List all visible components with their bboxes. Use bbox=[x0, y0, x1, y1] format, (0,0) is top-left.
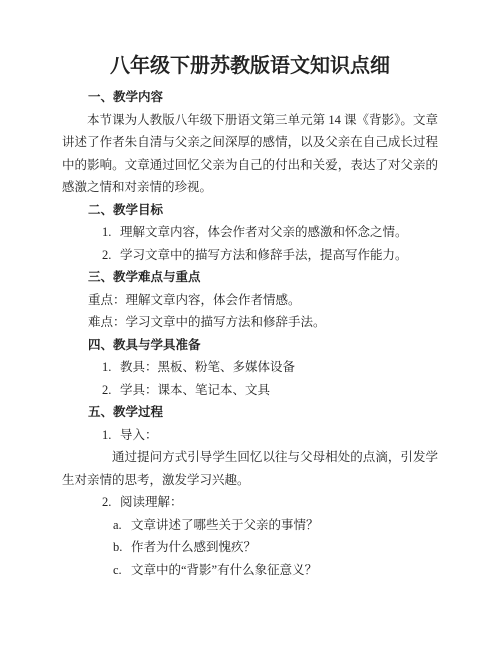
item-text: 学具：课本、笔记本、文具 bbox=[120, 383, 270, 397]
numbered-item: 2.阅读理解： bbox=[102, 491, 438, 514]
item-text: 导入： bbox=[120, 428, 158, 442]
numbered-item: 2.学具：课本、笔记本、文具 bbox=[102, 379, 438, 402]
item-text: 作者为什么感到愧疚？ bbox=[131, 540, 256, 554]
item-number: 2. bbox=[102, 379, 120, 402]
numbered-item: 1.教具：黑板、粉笔、多媒体设备 bbox=[102, 356, 438, 379]
item-number: 1. bbox=[102, 221, 120, 244]
item-text: 文章讲述了哪些关于父亲的事情？ bbox=[131, 518, 319, 532]
lettered-item: b.作者为什么感到愧疚？ bbox=[113, 536, 438, 559]
item-text: 教具：黑板、粉笔、多媒体设备 bbox=[120, 360, 295, 374]
item-text: 理解文章内容，体会作者对父亲的感激和怀念之情。 bbox=[120, 225, 408, 239]
difficult-point-line: 难点：学习文章中的描写方法和修辞手法。 bbox=[88, 311, 438, 334]
item-number: 2. bbox=[102, 491, 120, 514]
document-page: 八年级下册苏教版语文知识点细 一、教学内容 本节课为人教版八年级下册语文第三单元… bbox=[0, 0, 500, 647]
document-title: 八年级下册苏教版语文知识点细 bbox=[62, 53, 438, 79]
item-number: 1. bbox=[102, 424, 120, 447]
numbered-item: 1.理解文章内容，体会作者对父亲的感激和怀念之情。 bbox=[102, 221, 438, 244]
item-letter: c. bbox=[113, 559, 131, 582]
section-heading-teaching-process: 五、教学过程 bbox=[88, 401, 438, 424]
key-point-line: 重点：理解文章内容，体会作者情感。 bbox=[88, 289, 438, 312]
section-heading-equipment: 四、教具与学具准备 bbox=[88, 334, 438, 357]
item-text: 阅读理解： bbox=[120, 495, 183, 509]
section-heading-difficulties: 三、教学难点与重点 bbox=[88, 266, 438, 289]
paragraph-introduction: 通过提问方式引导学生回忆以往与父母相处的点滴，引发学生对亲情的思考，激发学习兴趣… bbox=[62, 446, 438, 491]
numbered-item: 2.学习文章中的描写方法和修辞手法，提高写作能力。 bbox=[102, 244, 438, 267]
item-letter: a. bbox=[113, 514, 131, 537]
item-text: 文章中的“背影”有什么象征意义？ bbox=[131, 563, 317, 577]
numbered-item: 1.导入： bbox=[102, 424, 438, 447]
section-heading-teaching-goals: 二、教学目标 bbox=[88, 199, 438, 222]
item-number: 1. bbox=[102, 356, 120, 379]
lettered-item: a.文章讲述了哪些关于父亲的事情？ bbox=[113, 514, 438, 537]
lettered-item: c.文章中的“背影”有什么象征意义？ bbox=[113, 559, 438, 582]
item-number: 2. bbox=[102, 244, 120, 267]
item-letter: b. bbox=[113, 536, 131, 559]
paragraph-teaching-content: 本节课为人教版八年级下册语文第三单元第 14 课《背影》。文章讲述了作者朱自清与… bbox=[62, 109, 438, 199]
item-text: 学习文章中的描写方法和修辞手法，提高写作能力。 bbox=[120, 248, 408, 262]
section-heading-teaching-content: 一、教学内容 bbox=[88, 86, 438, 109]
